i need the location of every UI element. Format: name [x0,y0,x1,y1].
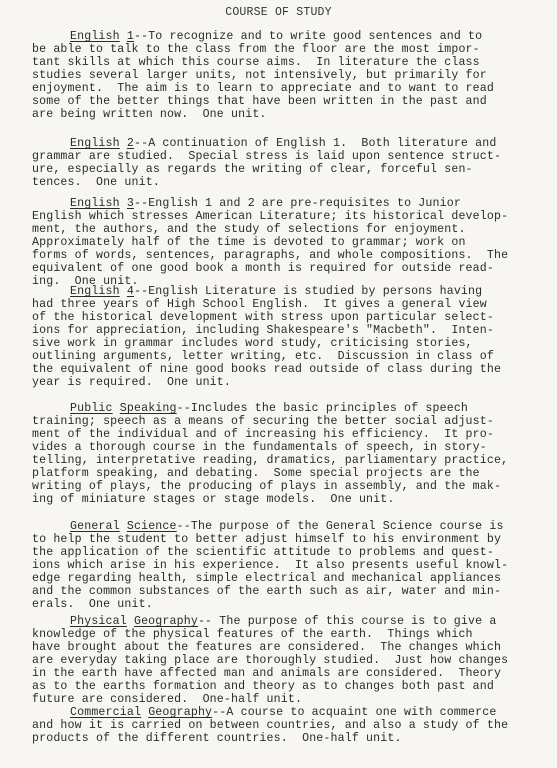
page-title: COURSE OF STUDY [0,6,557,19]
course-heading-number: 4 [127,285,134,298]
course-description-line: training; speech as a means of securing … [32,415,547,428]
course-description-start: --The purpose of the General Science cou… [177,520,504,533]
course-description-start: --English Literature is studied by perso… [134,285,482,298]
course-heading: Public [70,402,113,415]
course-description-line: had three years of High School English. … [32,298,547,311]
course-heading-number: Geography [148,706,212,719]
course-description-line: outlining arguments, letter writing, etc… [32,350,547,363]
course-first-line: Physical Geography-- The purpose of this… [32,615,547,628]
course-description-line: tences. One unit. [32,176,547,189]
course-section: English 2--A continuation of English 1. … [32,137,547,189]
course-description-start: -- The purpose of this course is to give… [198,615,497,628]
course-section: Physical Geography-- The purpose of this… [32,615,547,706]
course-description-start: --A continuation of English 1. Both lite… [134,137,496,150]
course-description-line: ions for appreciation, including Shakesp… [32,324,547,337]
course-description-line: telling, interpretative reading, dramati… [32,454,547,467]
course-description-line: have brought about the features are cons… [32,641,547,654]
course-description-line: grammar are studied. Special stress is l… [32,150,547,163]
course-description-line: ment of the individual and of increasing… [32,428,547,441]
course-section: Public Speaking--Includes the basic prin… [32,402,547,506]
course-description-line: Approximately half of the time is devote… [32,236,547,249]
course-description-line: platform speaking, and debating. Some sp… [32,467,547,480]
course-description-line: ment, the authors, and the study of sele… [32,223,547,236]
course-description-line: English which stresses American Literatu… [32,210,547,223]
course-first-line: Commercial Geography--A course to acquai… [32,706,547,719]
course-section: General Science--The purpose of the Gene… [32,520,547,611]
course-description-start: --A course to acquaint one with commerce [212,706,496,719]
course-heading-number: 2 [127,137,134,150]
course-description-line: year is required. One unit. [32,376,547,389]
course-description-line: tant skills at which this course aims. I… [32,56,547,69]
course-heading-number: 3 [127,197,134,210]
course-heading-number: Science [127,520,177,533]
course-description-line: are everyday taking place are thoroughly… [32,654,547,667]
course-description-line: and how it is carried on between countri… [32,719,547,732]
course-description-line: products of the different countries. One… [32,732,547,745]
course-description-line: the equivalent of nine good books read o… [32,363,547,376]
course-description-line: ing of miniature stages or stage models.… [32,493,547,506]
course-description-line: to help the student to better adjust him… [32,533,547,546]
course-description-line: some of the better things that have been… [32,95,547,108]
course-description-line: vides a thorough course in the fundament… [32,441,547,454]
course-description-line: the application of the scientific attitu… [32,546,547,559]
course-section: Commercial Geography--A course to acquai… [32,706,547,745]
course-description-line: equivalent of one good book a month is r… [32,262,547,275]
course-description-line: future are considered. One-half unit. [32,693,547,706]
course-first-line: English 1--To recognize and to write goo… [32,30,547,43]
course-description-line: be able to talk to the class from the fl… [32,43,547,56]
course-description-line: in the earth have affected man and anima… [32,667,547,680]
course-description-line: as to the earths formation and theory as… [32,680,547,693]
course-description-start: --Includes the basic principles of speec… [177,402,468,415]
course-heading: General [70,520,120,533]
course-first-line: General Science--The purpose of the Gene… [32,520,547,533]
course-heading: English [70,197,120,210]
course-description-line: are being written now. One unit. [32,108,547,121]
course-section: English 1--To recognize and to write goo… [32,30,547,121]
course-first-line: English 4--English Literature is studied… [32,285,547,298]
course-description-start: --English 1 and 2 are pre-requisites to … [134,197,461,210]
course-description-line: ure, especially as regards the writing o… [32,163,547,176]
course-first-line: English 3--English 1 and 2 are pre-requi… [32,197,547,210]
course-heading-number: Speaking [120,402,177,415]
course-heading: Commercial [70,706,141,719]
course-first-line: Public Speaking--Includes the basic prin… [32,402,547,415]
course-description-line: of the historical development with stres… [32,311,547,324]
course-description-line: enjoyment. The aim is to learn to apprec… [32,82,547,95]
course-description-line: sive work in grammar includes word study… [32,337,547,350]
course-section: English 3--English 1 and 2 are pre-requi… [32,197,547,288]
course-heading: English [70,285,120,298]
course-description-line: ions which arise in his experience. It a… [32,559,547,572]
course-description-line: studies several larger units, not intens… [32,69,547,82]
course-description-line: knowledge of the physical features of th… [32,628,547,641]
course-description-line: edge regarding health, simple electrical… [32,572,547,585]
course-description-line: erals. One unit. [32,598,547,611]
course-description-start: --To recognize and to write good sentenc… [134,30,482,43]
course-first-line: English 2--A continuation of English 1. … [32,137,547,150]
course-heading: Physical [70,615,127,628]
course-description-line: writing of plays, the producing of plays… [32,480,547,493]
course-section: English 4--English Literature is studied… [32,285,547,389]
document-page: COURSE OF STUDY English 1--To recognize … [0,0,557,768]
course-heading: English [70,137,120,150]
course-heading-number: Geography [134,615,198,628]
course-description-line: and the common substances of the earth s… [32,585,547,598]
course-heading-number: 1 [127,30,134,43]
course-heading: English [70,30,120,43]
course-description-line: forms of words, sentences, paragraphs, a… [32,249,547,262]
